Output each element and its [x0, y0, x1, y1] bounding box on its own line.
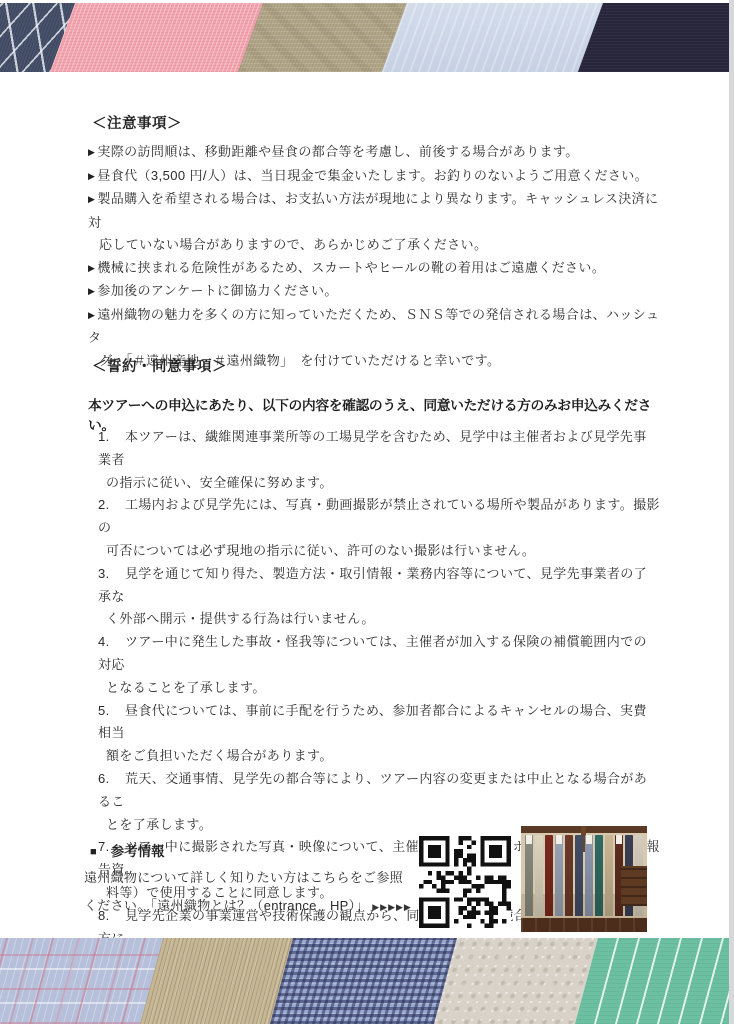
pledge-item: 3.見学を通じて知り得た、製造方法・取引情報・業務内容等について、見学先事業者の…: [98, 563, 660, 609]
fabric-stripe-green: [575, 938, 734, 1024]
item-number: 4.: [98, 631, 125, 654]
fabric-roll: [555, 835, 563, 916]
pledge-item: 1.本ツアーは、繊維関連事業所等の工場見学を含むため、見学中は主催者および見学先…: [98, 426, 660, 472]
bottom-fabric-banner: [0, 938, 734, 1024]
fabric-stripe-plaid: [0, 938, 164, 1024]
triangle-bullet-icon: ▶: [88, 310, 95, 320]
pledge-item-continuation: 額をご負担いただく場合があります。: [98, 745, 660, 768]
reference-heading: ■参考情報: [90, 840, 165, 860]
triangle-bullet-icon: ▶: [88, 286, 95, 296]
fabric-stripe-pink-knit: [50, 3, 264, 72]
fabric-roll: [525, 835, 533, 916]
fabric-stripe-corduroy: [140, 938, 294, 1024]
pledge-item-continuation: の指示に従い、安全確保に努めます。: [98, 472, 660, 495]
pledge-item: 4.ツアー中に発生した事故・怪我等については、主催者が加入する保険の補償範囲内で…: [98, 631, 660, 677]
fabric-rolls-photo: [521, 826, 647, 932]
notice-item: ▶遠州織物の魅力を多くの方に知っていただくため、ＳＮＳ等での発信される場合は、ハ…: [88, 304, 660, 350]
fabric-roll: [565, 835, 573, 916]
arrows-icon: ▶▶▶▶▶: [369, 902, 412, 912]
fabric-tag: [526, 835, 532, 844]
photo-rack-base: [521, 918, 647, 932]
fabric-roll: [535, 835, 543, 916]
fabric-stripe-khaki-linen: [238, 3, 408, 72]
item-number: 2.: [98, 494, 125, 517]
square-bullet-icon: ■: [90, 846, 97, 858]
item-number: 5.: [98, 700, 125, 723]
notice-item-continuation: 応していない場合がありますので、あらかじめご了承ください。: [88, 234, 660, 257]
reference-heading-label: 参考情報: [111, 844, 165, 859]
notice-item: ▶昼食代（3,500 円/人）は、当日現金で集金いたします。お釣りのないようご用…: [88, 165, 660, 189]
fabric-tag: [616, 835, 622, 844]
fabric-roll: [585, 835, 593, 916]
notice-item: ▶製品購入を希望される場合は、お支払い方法が現地により異なります。キャッシュレス…: [88, 188, 660, 234]
page-right-edge: [729, 0, 734, 1024]
reference-line: 遠州織物について詳しく知りたい方はこちらをご参照: [84, 864, 444, 892]
item-number: 1.: [98, 426, 125, 449]
fabric-stripe-dark-navy: [578, 3, 734, 72]
reference-line: ください。「遠州織物とは？（entrance HP）」 ▶▶▶▶▶: [84, 892, 444, 921]
fabric-stripe-periwinkle: [382, 3, 604, 72]
fabric-roll: [595, 835, 603, 916]
triangle-bullet-icon: ▶: [88, 147, 95, 157]
fabric-tag: [556, 835, 562, 844]
notice-item: ▶実際の訪問順は、移動距離や昼食の都合等を考慮し、前後する場合があります。: [88, 141, 660, 165]
pledge-item-continuation: 可否については必ず現地の指示に従い、許可のない撮影は行いません。: [98, 540, 660, 563]
fabric-roll: [545, 835, 553, 916]
pledge-heading: ＜誓約・同意事項＞: [92, 355, 227, 376]
triangle-bullet-icon: ▶: [88, 171, 95, 181]
notice-item: ▶機械に挟まれる危険性があるため、スカートやヒールの靴の着用はご遠慮ください。: [88, 257, 660, 281]
fabric-stripe-ivory: [434, 938, 599, 1024]
pledge-item: 5.昼食代については、事前に手配を行うため、参加者都合によるキャンセルの場合、実…: [98, 700, 660, 746]
reference-text: 遠州織物について詳しく知りたい方はこちらをご参照ください。「遠州織物とは？（en…: [84, 864, 444, 921]
top-fabric-banner: [0, 3, 734, 72]
triangle-bullet-icon: ▶: [88, 194, 95, 204]
pledge-item: 2.工場内および見学先には、写真・動画撮影が禁止されている場所や製品があります。…: [98, 494, 660, 540]
fabric-roll: [575, 835, 583, 916]
triangle-bullet-icon: ▶: [88, 263, 95, 273]
qr-code: [419, 836, 511, 928]
photo-shelf: [621, 866, 647, 906]
item-number: 3.: [98, 563, 125, 586]
notice-heading: ＜注意事項＞: [92, 112, 182, 133]
notice-list: ▶実際の訪問順は、移動距離や昼食の都合等を考慮し、前後する場合があります。▶昼食…: [88, 141, 660, 372]
pledge-item: 6.荒天、交通事情、見学先の都合等により、ツアー内容の変更または中止となる場合が…: [98, 768, 660, 814]
pledge-item-continuation: となることを了承します。: [98, 677, 660, 700]
pledge-item-continuation: く外部へ開示・提供する行為は行いません。: [98, 608, 660, 631]
fabric-roll: [605, 835, 613, 916]
notice-item: ▶参加後のアンケートに御協力ください。: [88, 280, 660, 304]
item-number: 6.: [98, 768, 125, 791]
fabric-stripe-houndstooth: [270, 938, 458, 1024]
fabric-tag: [586, 835, 592, 844]
